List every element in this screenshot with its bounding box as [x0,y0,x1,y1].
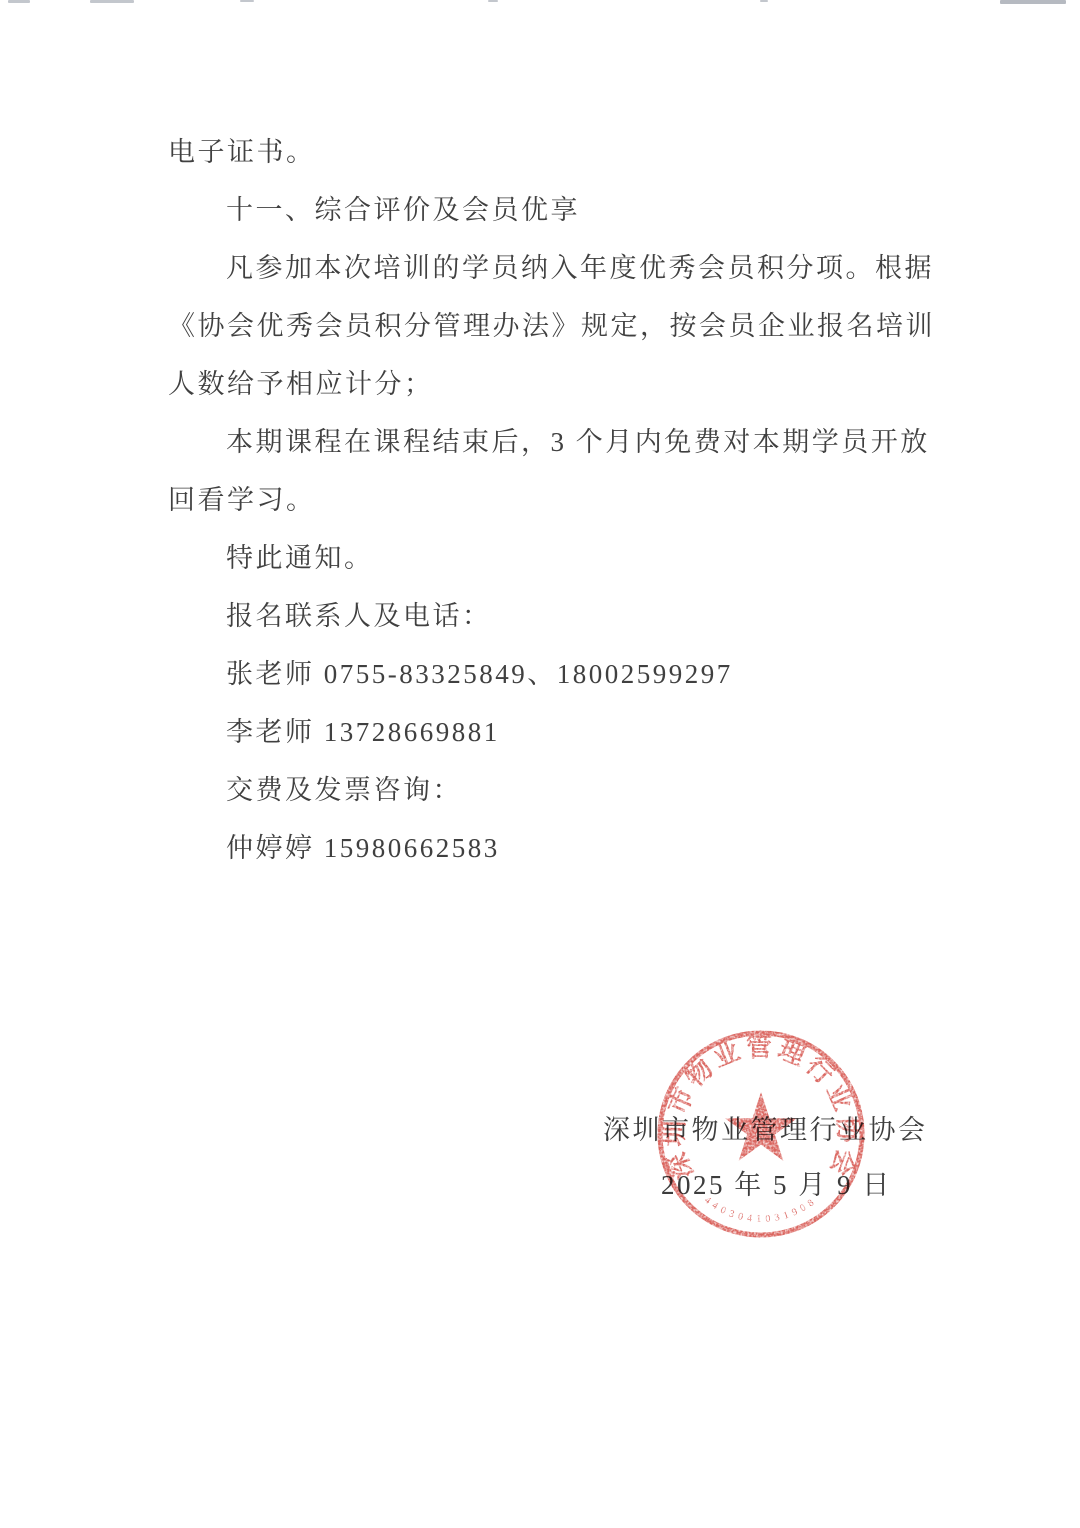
document-line: 仲婷婷 15980662583 [168,819,938,877]
document-line: 凡参加本次培训的学员纳入年度优秀会员积分项。根据 [168,239,938,297]
document-line: 《协会优秀会员积分管理办法》规定，按会员企业报名培训 [168,297,938,355]
seal-serial-number: 4403041031908 [702,1195,820,1225]
document-line: 十一、综合评价及会员优享 [168,181,938,239]
document-line: 回看学习。 [168,471,938,529]
document-line: 张老师 0755-83325849、18002599297 [168,645,938,703]
scan-artifact [90,0,134,3]
scan-artifact [240,0,254,2]
document-line: 特此通知。 [168,529,938,587]
document-line: 本期课程在课程结束后，3 个月内免费对本期学员开放 [168,413,938,471]
scan-artifact [8,0,30,3]
document-page: 电子证书。 十一、综合评价及会员优享 凡参加本次培训的学员纳入年度优秀会员积分项… [0,0,1080,1528]
scan-artifact [488,0,498,2]
document-line: 电子证书。 [168,123,938,181]
document-line: 李老师 13728669881 [168,703,938,761]
official-seal: 深圳市物业管理行业协会 4403041031908 [641,1014,881,1254]
star-icon [725,1092,797,1161]
document-body: 电子证书。 十一、综合评价及会员优享 凡参加本次培训的学员纳入年度优秀会员积分项… [168,123,938,877]
document-line: 人数给予相应计分； [168,355,938,413]
document-line: 交费及发票咨询： [168,761,938,819]
scan-artifact [1000,0,1066,4]
document-line: 报名联系人及电话： [168,587,938,645]
scan-artifact [760,0,768,2]
